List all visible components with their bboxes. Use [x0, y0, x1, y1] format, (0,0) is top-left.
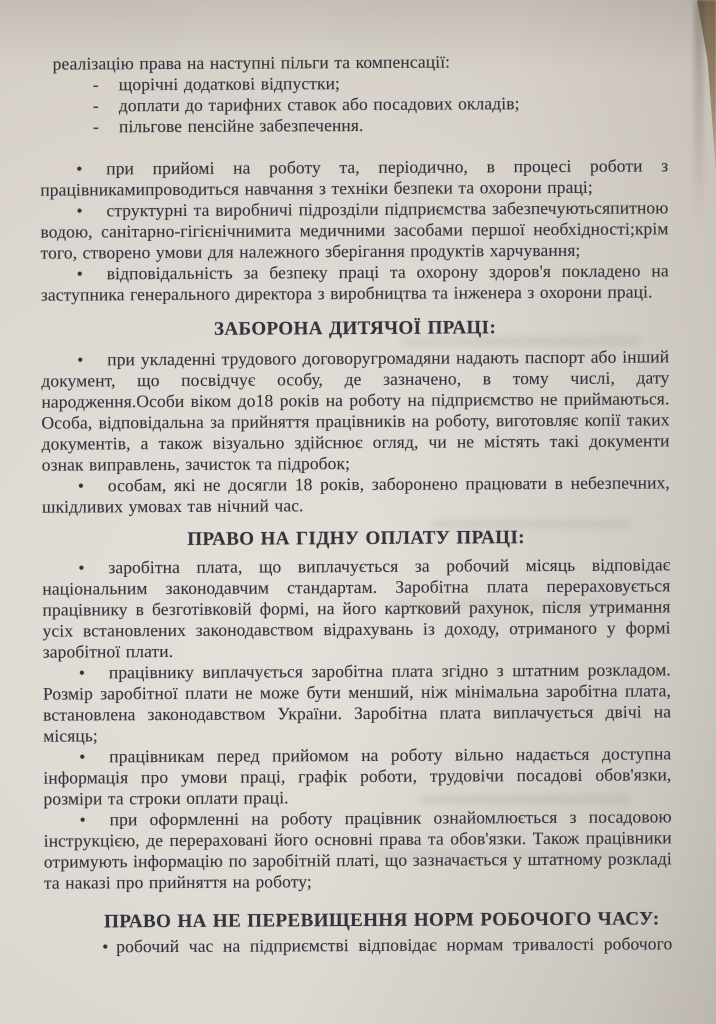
- bullet-paragraph: •робочий час на підприємстві відповідає …: [44, 933, 672, 957]
- bullet-marker: •: [76, 200, 106, 221]
- list-item-text: пільгове пенсійне забезпечення.: [119, 115, 364, 136]
- bullet-marker: •: [78, 557, 108, 578]
- bullet-marker: •: [80, 809, 110, 830]
- bullet-paragraph: •структурні та виробничі підрозділи підп…: [40, 197, 668, 263]
- bullet-paragraph: •працівникам перед прийомом на роботу ві…: [43, 743, 671, 809]
- heading-child-labor: ЗАБОРОНА ДИТЯЧОЇ ПРАЦІ:: [41, 315, 669, 341]
- bullet-marker: •: [102, 936, 116, 957]
- heading-working-hours: ПРАВО НА НЕ ПЕРЕВИЩЕННЯ НОРМ РОБОЧОГО ЧА…: [44, 907, 672, 933]
- heading-fair-pay: ПРАВО НА ГІДНУ ОПЛАТУ ПРАЦІ:: [42, 525, 670, 551]
- document-page: реалізацію права на наступні пільги та к…: [0, 0, 716, 1024]
- bullet-paragraph: •заробітна плата, що виплачується за роб…: [42, 554, 671, 662]
- dash-marker: -: [93, 74, 119, 95]
- bullet-marker: •: [76, 158, 106, 179]
- bullet-marker: •: [79, 746, 109, 767]
- bullet-marker: •: [77, 263, 107, 284]
- child-labor-section: •при укладенні трудового договоругромадя…: [41, 346, 670, 517]
- list-item-text: щорічні додаткові відпустки;: [119, 73, 340, 94]
- bullet-paragraph: •при прийомі на роботу та, періодично, в…: [40, 155, 668, 200]
- bullet-text: при укладенні трудового договоругромадян…: [41, 346, 669, 474]
- dash-marker: -: [93, 116, 119, 137]
- bullet-marker: •: [79, 662, 109, 683]
- fair-pay-section: •заробітна плата, що виплачується за роб…: [42, 554, 672, 893]
- bullet-text: працівнику виплачується заробітна плата …: [43, 659, 671, 745]
- safety-section: •при прийомі на роботу та, періодично, в…: [40, 155, 669, 305]
- bullet-text: заробітна плата, що виплачується за робо…: [42, 554, 670, 661]
- working-hours-section: •робочий час на підприємстві відповідає …: [44, 933, 672, 957]
- bullet-paragraph: •при укладенні трудового договоругромадя…: [41, 346, 670, 475]
- document-photo: реалізацію права на наступні пільги та к…: [0, 0, 716, 1024]
- benefits-list: -щорічні додаткові відпустки; -доплати д…: [40, 71, 668, 137]
- bullet-paragraph: •відповідальність за безпеку праці та ох…: [41, 260, 669, 305]
- dash-marker: -: [93, 95, 119, 116]
- bullet-marker: •: [77, 349, 107, 370]
- bullet-text: структурні та виробничі підрозділи підпр…: [40, 197, 668, 262]
- bullet-text: відповідальність за безпеку праці та охо…: [41, 260, 669, 304]
- bullet-paragraph: •особам, які не досягли 18 років, заборо…: [42, 472, 670, 517]
- bullet-paragraph: •працівнику виплачується заробітна плата…: [43, 659, 671, 746]
- bullet-text: працівникам перед прийомом на роботу віл…: [43, 743, 671, 808]
- bullet-text: особам, які не досягли 18 років, заборон…: [42, 472, 670, 516]
- bullet-marker: •: [78, 475, 108, 496]
- bullet-text: при оформленні на роботу працівник ознай…: [44, 806, 672, 892]
- list-item-text: доплати до тарифних ставок або посадових…: [119, 93, 520, 115]
- bullet-text: робочий час на підприємстві відповідає н…: [116, 933, 672, 956]
- bullet-text: при прийомі на роботу та, періодично, в …: [40, 155, 668, 199]
- bullet-paragraph: •при оформленні на роботу працівник озна…: [44, 806, 672, 893]
- list-item: -пільгове пенсійне забезпечення.: [40, 113, 668, 137]
